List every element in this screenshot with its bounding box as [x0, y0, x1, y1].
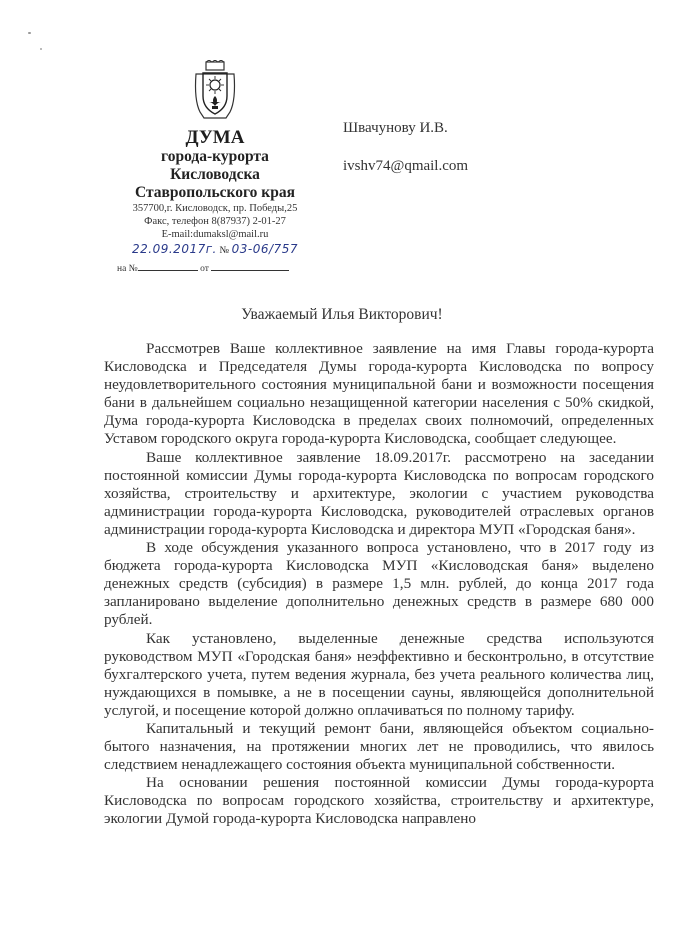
paragraph: Ваше коллективное заявление 18.09.2017г.… — [104, 449, 654, 539]
reference-date-blank — [211, 261, 289, 271]
registration-date: 22.09.2017г. — [132, 242, 217, 256]
salutation: Уважаемый Илья Викторович! — [0, 306, 684, 324]
registration-number: 03-06/757 — [232, 242, 298, 256]
reference-number-blank — [138, 261, 198, 271]
reference-line: на № от — [117, 261, 325, 274]
paragraph: Рассмотрев Ваше коллективное заявление н… — [104, 340, 654, 449]
org-subtitle-2: Кисловодска — [105, 166, 325, 184]
org-subtitle-1: города-курорта — [105, 148, 325, 166]
letter-body: Рассмотрев Ваше коллективное заявление н… — [104, 340, 654, 829]
org-phone: Факс, телефон 8(87937) 2-01-27 — [105, 215, 325, 228]
reference-number-label: на № — [117, 264, 138, 274]
paragraph: Капитальный и текущий ремонт бани, являю… — [104, 720, 654, 774]
org-email: E-mail:dumaksl@mail.ru — [105, 228, 325, 241]
reference-date-label: от — [200, 264, 209, 274]
paragraph: Как установлено, выделенные денежные сре… — [104, 630, 654, 720]
registration-line: 22.09.2017г. № 03-06/757 — [105, 241, 325, 257]
org-title: ДУМА — [105, 128, 325, 148]
addressee-name: Швачунову И.В. — [343, 118, 468, 138]
addressee-block: Швачунову И.В. ivshv74@qmail.com — [343, 118, 468, 194]
paragraph: На основании решения постоянной комиссии… — [104, 774, 654, 828]
letterhead: ДУМА города-курорта Кисловодска Ставропо… — [105, 60, 325, 274]
scan-speck — [28, 32, 31, 34]
letter-page: ДУМА города-курорта Кисловодска Ставропо… — [0, 0, 684, 945]
kislovodsk-coat-of-arms-icon — [192, 60, 238, 124]
org-address: 357700,г. Кисловодск, пр. Победы,25 — [105, 202, 325, 215]
registration-number-label: № — [219, 245, 229, 256]
org-subtitle-3: Ставропольского края — [105, 184, 325, 202]
addressee-email: ivshv74@qmail.com — [343, 156, 468, 176]
paragraph: В ходе обсуждения указанного вопроса уст… — [104, 539, 654, 629]
scan-speck — [40, 48, 42, 50]
